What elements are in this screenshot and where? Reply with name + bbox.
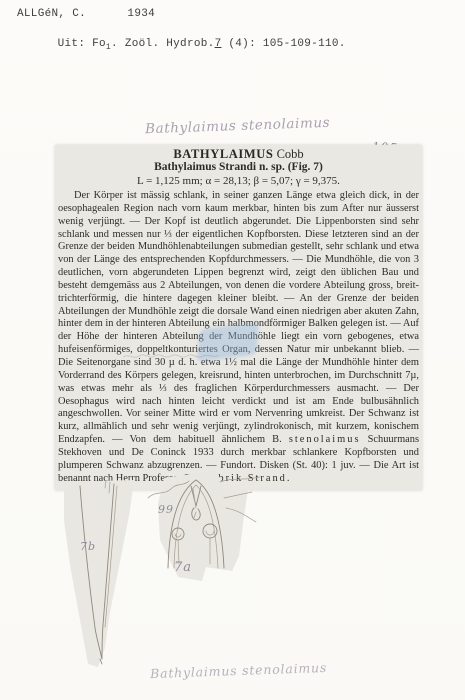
typed-author-year-line: ALLGéN, C. 1934: [17, 8, 155, 20]
reference-journal: . Zoöl. Hydrob.: [111, 38, 215, 50]
figure-7a-label: 7a: [174, 560, 192, 575]
genus-heading: BATHYLAIMUS Cobb: [58, 147, 419, 161]
genus-author: Cobb: [273, 147, 303, 161]
reference-pages: (4): 105-109-110.: [221, 38, 345, 50]
handwritten-species-name-top: Bathylaimus stenolaimus: [145, 115, 331, 137]
reference-prefix: Uit: Fo: [58, 38, 106, 50]
scanned-index-card-page: ALLGéN, C. 1934 Uit: Fo1. Zoöl. Hydrob.7…: [0, 0, 465, 700]
typed-reference-line: Uit: Fo1. Zoöl. Hydrob.7 (4): 105-109-11…: [30, 26, 346, 64]
genus-name: BATHYLAIMUS: [173, 147, 273, 161]
description-text-end: .: [287, 473, 290, 484]
figure-7a-note: 99: [158, 503, 174, 516]
description-text: Der Körper ist mässig schlank, in seiner…: [58, 190, 419, 445]
description-paragraph: Der Körper ist mässig schlank, in seiner…: [58, 190, 419, 485]
species-heading: Bathylaimus Strandi n. sp. (Fig. 7): [58, 161, 419, 174]
figure-7b-tail-drawing: 7b: [50, 480, 145, 668]
species-epithet-spaced: stenolaimus: [289, 434, 361, 445]
figure-7b-label: 7b: [80, 540, 96, 553]
figure-7a-head-drawing: 99 7a: [144, 468, 264, 586]
printed-text-clipping: BATHYLAIMUS Cobb Bathylaimus Strandi n. …: [55, 145, 422, 490]
handwritten-species-name-bottom: Bathylaimus stenolaimus: [150, 660, 328, 681]
measurements-line: L = 1,125 mm; α = 28,13; β = 5,07; γ = 9…: [58, 175, 419, 188]
